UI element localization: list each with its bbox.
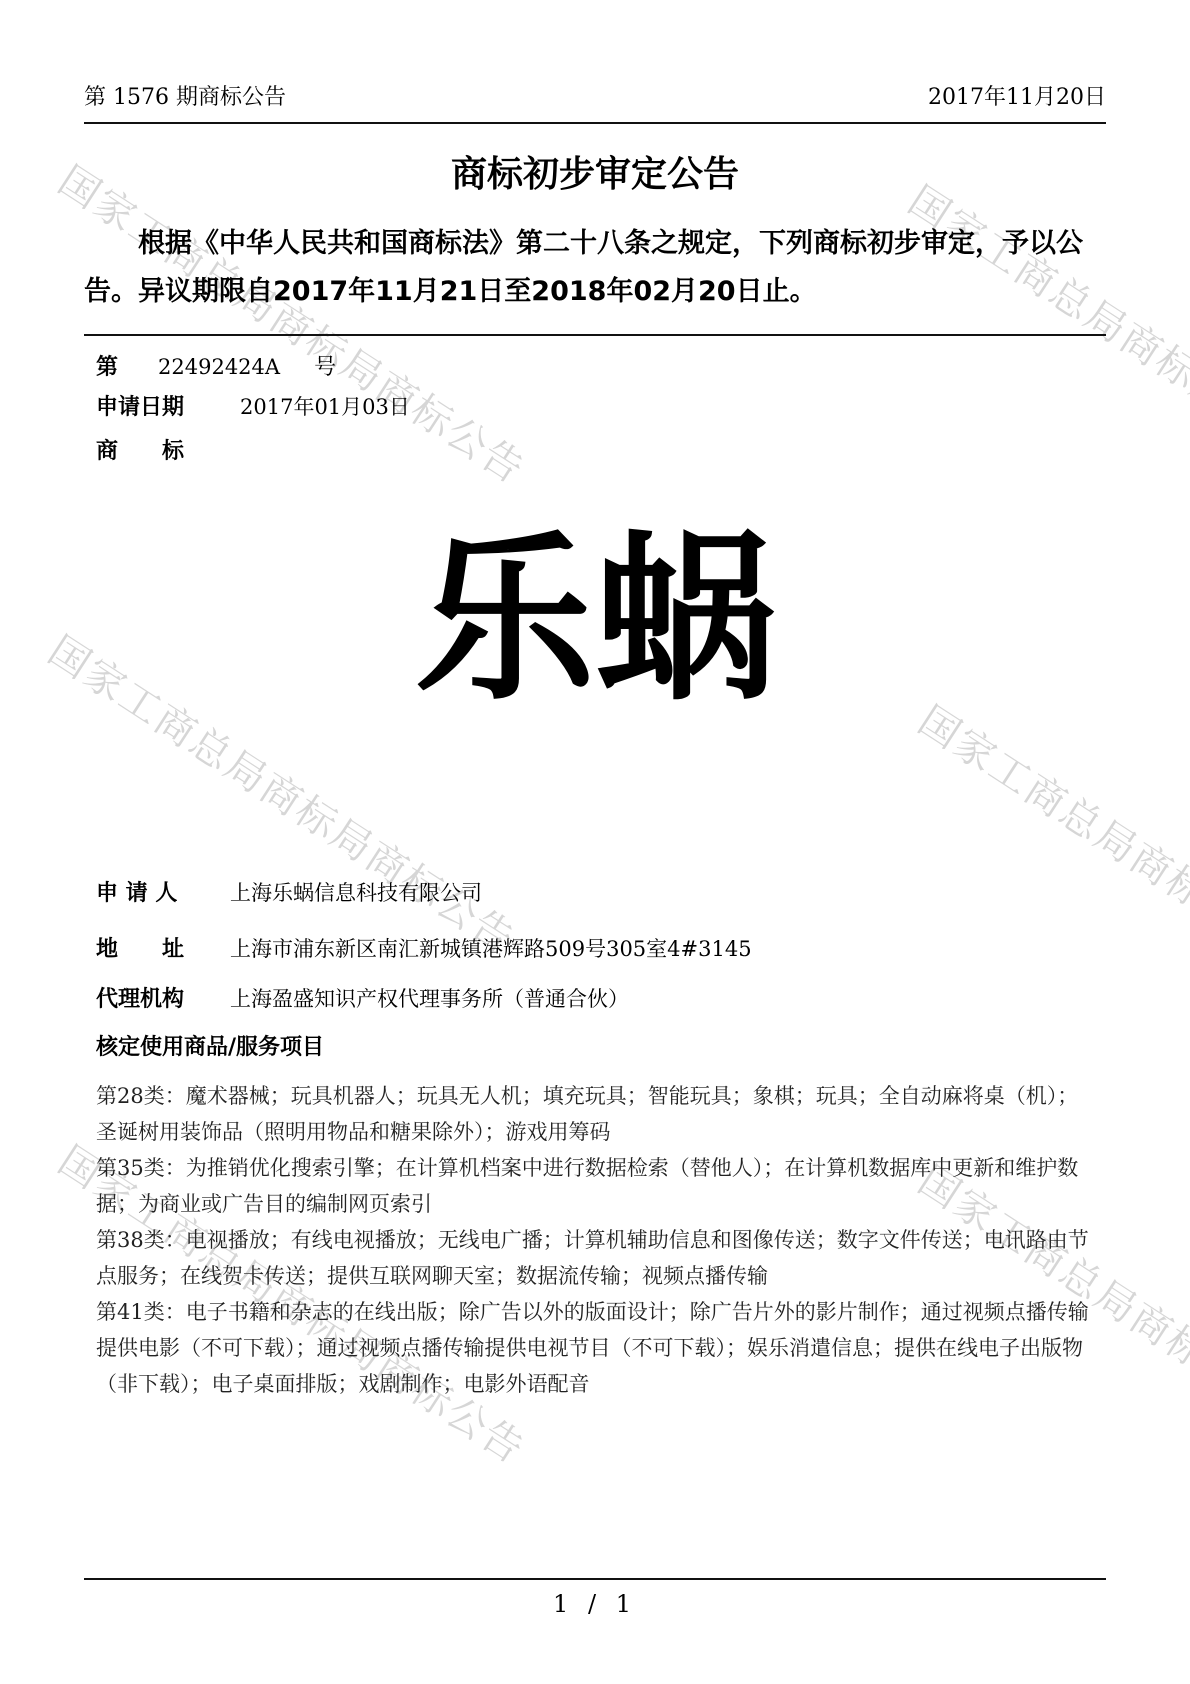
services-heading: 核定使用商品/服务项目 — [96, 1030, 324, 1061]
mark-label: 商 标 — [96, 434, 184, 465]
agency-label: 代理机构 — [96, 982, 230, 1013]
footer-divider — [84, 1578, 1106, 1580]
page-separator: / — [588, 1590, 602, 1618]
number-label-prefix: 第 — [96, 350, 118, 381]
intro-paragraph: 根据《中华人民共和国商标法》第二十八条之规定，下列商标初步审定，予以公告。异议期… — [84, 220, 1106, 316]
publication-date: 2017年11月20日 — [928, 80, 1106, 111]
service-class-41: 第41类：电子书籍和杂志的在线出版；除广告以外的版面设计；除广告片外的影片制作；… — [96, 1294, 1096, 1402]
header-divider — [84, 122, 1106, 124]
service-class-28: 第28类：魔术器械；玩具机器人；玩具无人机；填充玩具；智能玩具；象棋；玩具；全自… — [96, 1078, 1096, 1150]
application-date-label: 申请日期 — [96, 390, 240, 421]
number-label-suffix: 号 — [314, 350, 336, 381]
page-title: 商标初步审定公告 — [0, 146, 1190, 197]
watermark: 国家工商总局商标局商标公告 — [909, 690, 1190, 1035]
services-list: 第28类：魔术器械；玩具机器人；玩具无人机；填充玩具；智能玩具；象棋；玩具；全自… — [96, 1078, 1096, 1402]
applicant: 上海乐蜗信息科技有限公司 — [230, 877, 482, 907]
mark-label-row: 商 标 — [96, 434, 184, 465]
issue-number: 第 1576 期商标公告 — [84, 80, 286, 111]
application-date-row: 申请日期 2017年01月03日 — [96, 390, 410, 421]
page-indicator: 1 / 1 — [0, 1590, 1190, 1618]
agency-row: 代理机构 上海盈盛知识产权代理事务所（普通合伙） — [96, 982, 629, 1013]
address: 上海市浦东新区南汇新城镇港辉路509号305室4#3145 — [230, 933, 752, 963]
applicant-row: 申 请 人 上海乐蜗信息科技有限公司 — [96, 876, 482, 907]
registration-number-row: 第 22492424A 号 — [96, 350, 336, 381]
service-class-38: 第38类：电视播放；有线电视播放；无线电广播；计算机辅助信息和图像传送；数字文件… — [96, 1222, 1096, 1294]
service-class-35: 第35类：为推销优化搜索引擎；在计算机档案中进行数据检索（替他人）；在计算机数据… — [96, 1150, 1096, 1222]
applicant-label: 申 请 人 — [96, 876, 230, 907]
registration-number: 22492424A — [158, 355, 280, 379]
address-row: 地 址 上海市浦东新区南汇新城镇港辉路509号305室4#3145 — [96, 932, 752, 963]
application-date: 2017年01月03日 — [240, 391, 410, 421]
address-label: 地 址 — [96, 932, 230, 963]
agency: 上海盈盛知识产权代理事务所（普通合伙） — [230, 983, 629, 1013]
section-divider — [84, 334, 1106, 336]
current-page: 1 — [553, 1590, 574, 1618]
trademark-image: 乐蜗 — [0, 520, 1190, 720]
total-pages: 1 — [616, 1590, 637, 1618]
